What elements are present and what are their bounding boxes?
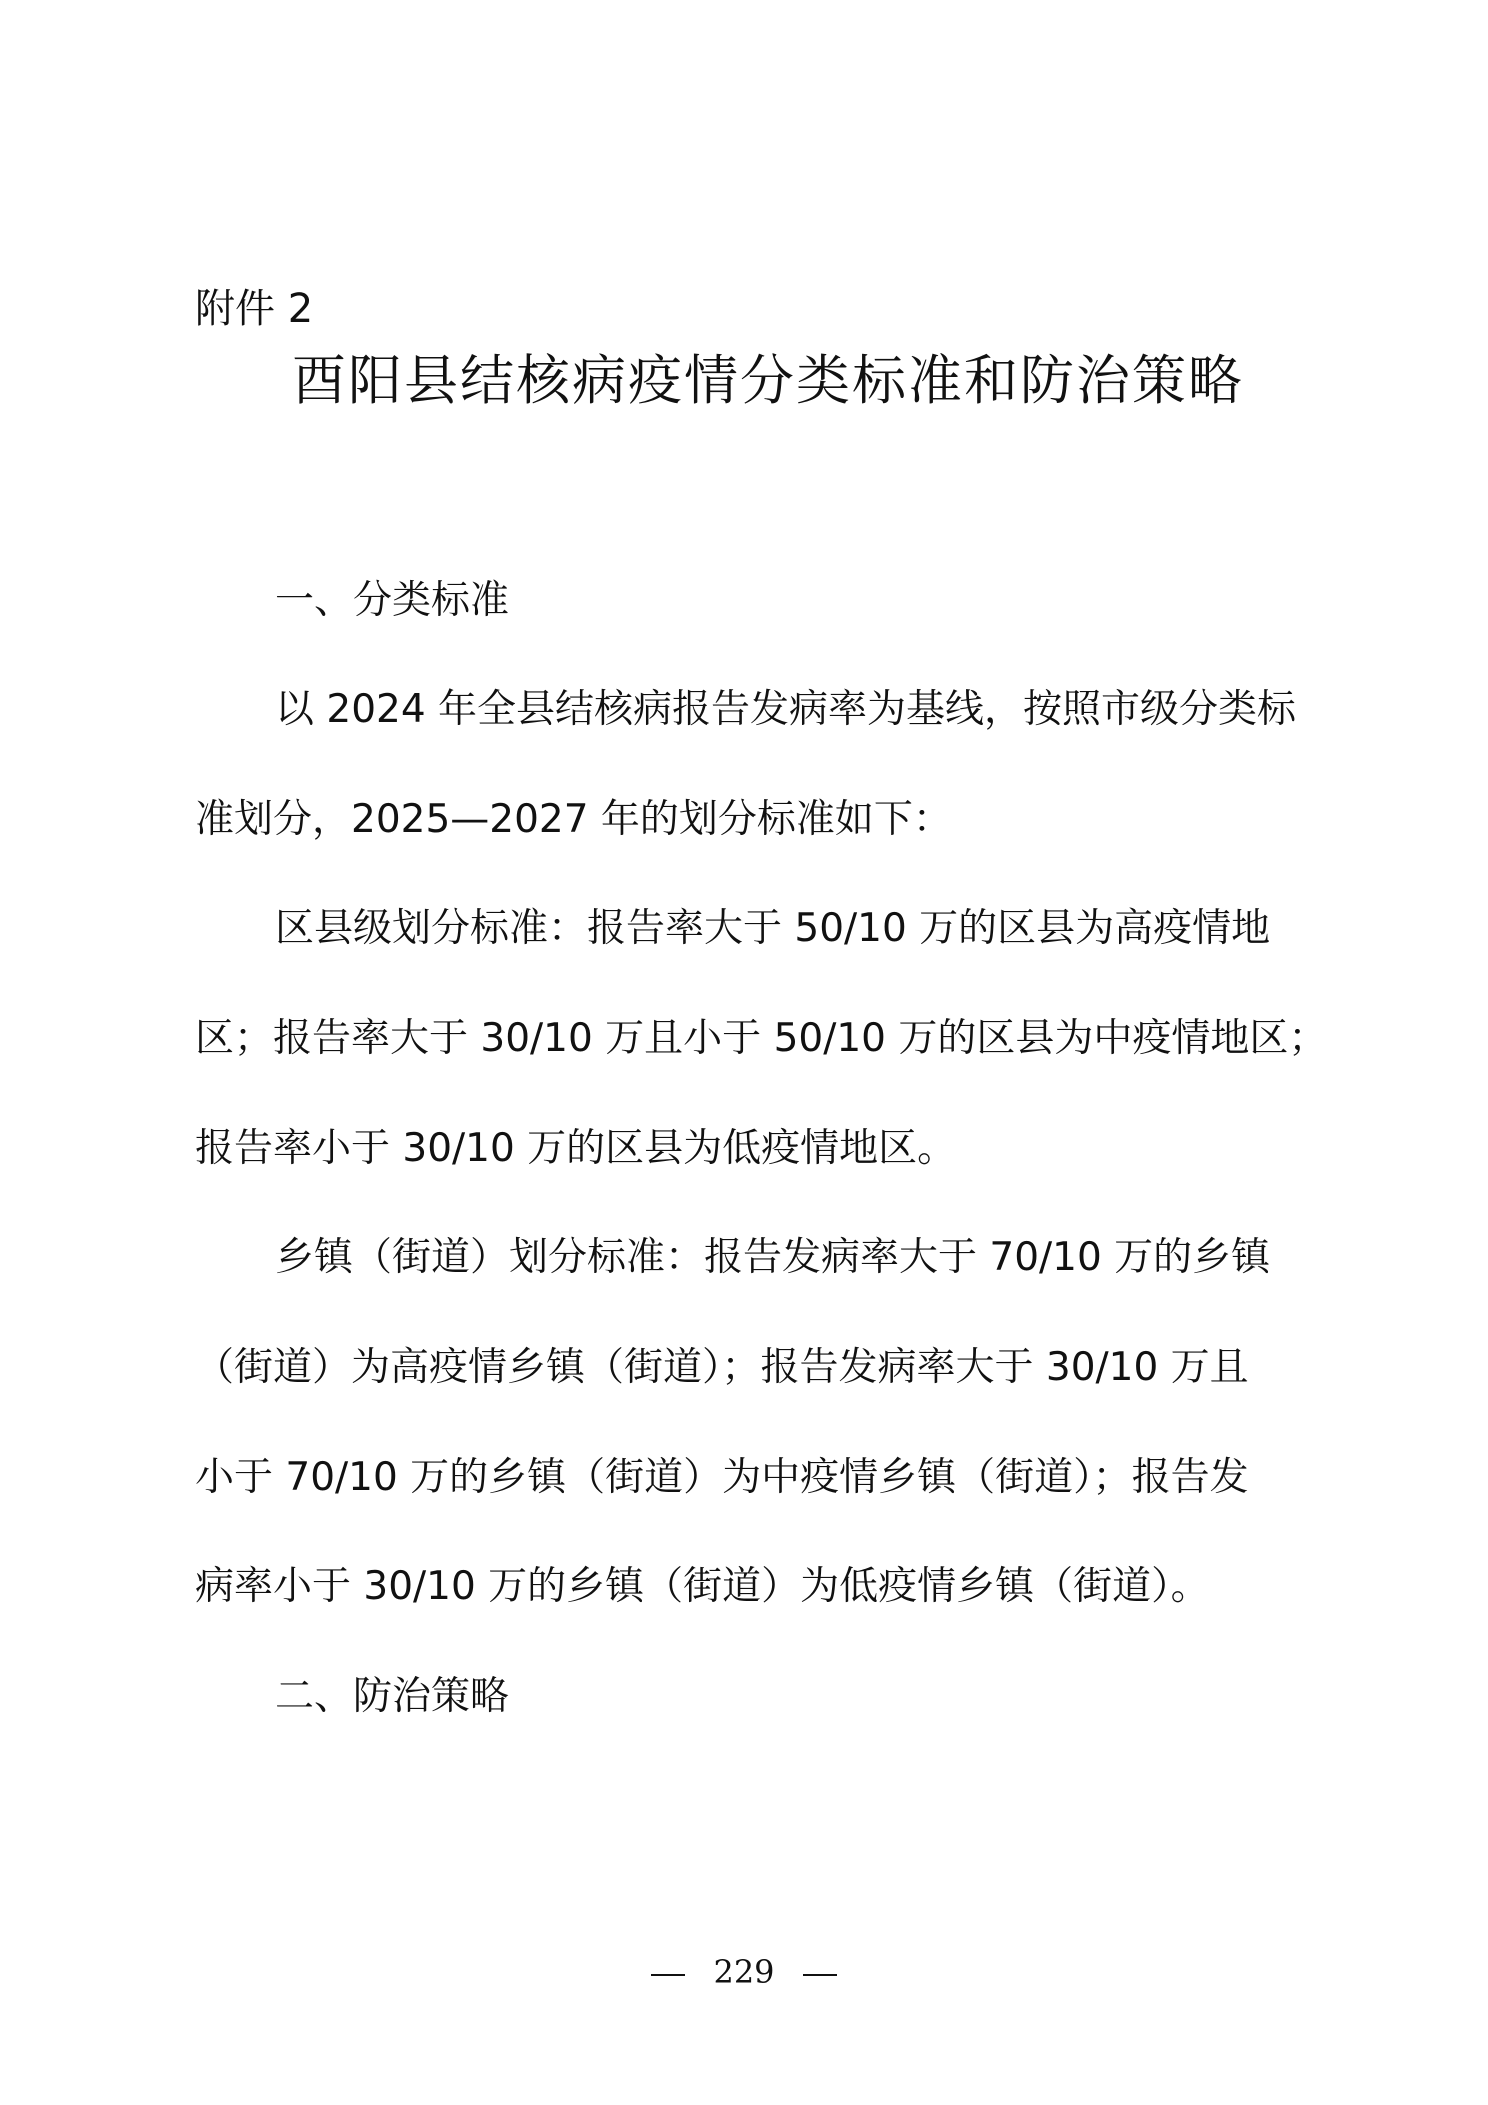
attachment-label: 附件 2 [195, 284, 313, 334]
paragraph-line: 报告率小于 30/10 万的区县为低疫情地区。 [195, 1124, 956, 1174]
dash-right [803, 1974, 837, 1976]
paragraph-line: 区；报告率大于 30/10 万且小于 50/10 万的区县为中疫情地区； [195, 1014, 1327, 1064]
paragraph-line: 区县级划分标准：报告率大于 50/10 万的区县为高疫情地 [275, 904, 1270, 954]
paragraph-line: 以 2024 年全县结核病报告发病率为基线，按照市级分类标 [275, 685, 1296, 735]
section-heading-strategy: 二、防治策略 [275, 1672, 509, 1722]
paragraph-line: 乡镇（街道）划分标准：报告发病率大于 70/10 万的乡镇 [275, 1233, 1270, 1283]
paragraph-line: （街道）为高疫情乡镇（街道）；报告发病率大于 30/10 万且 [195, 1343, 1249, 1393]
paragraph-line: 病率小于 30/10 万的乡镇（街道）为低疫情乡镇（街道）。 [195, 1562, 1210, 1612]
page-footer: 229 [0, 1952, 1488, 1992]
section-heading-classification: 一、分类标准 [275, 576, 509, 626]
document-title: 酉阳县结核病疫情分类标准和防治策略 [292, 346, 1244, 416]
paragraph-line: 小于 70/10 万的乡镇（街道）为中疫情乡镇（街道）；报告发 [195, 1453, 1249, 1503]
dash-left [651, 1974, 685, 1976]
paragraph-line: 准划分，2025—2027 年的划分标准如下： [195, 795, 952, 845]
page-number: 229 [713, 1953, 774, 1991]
